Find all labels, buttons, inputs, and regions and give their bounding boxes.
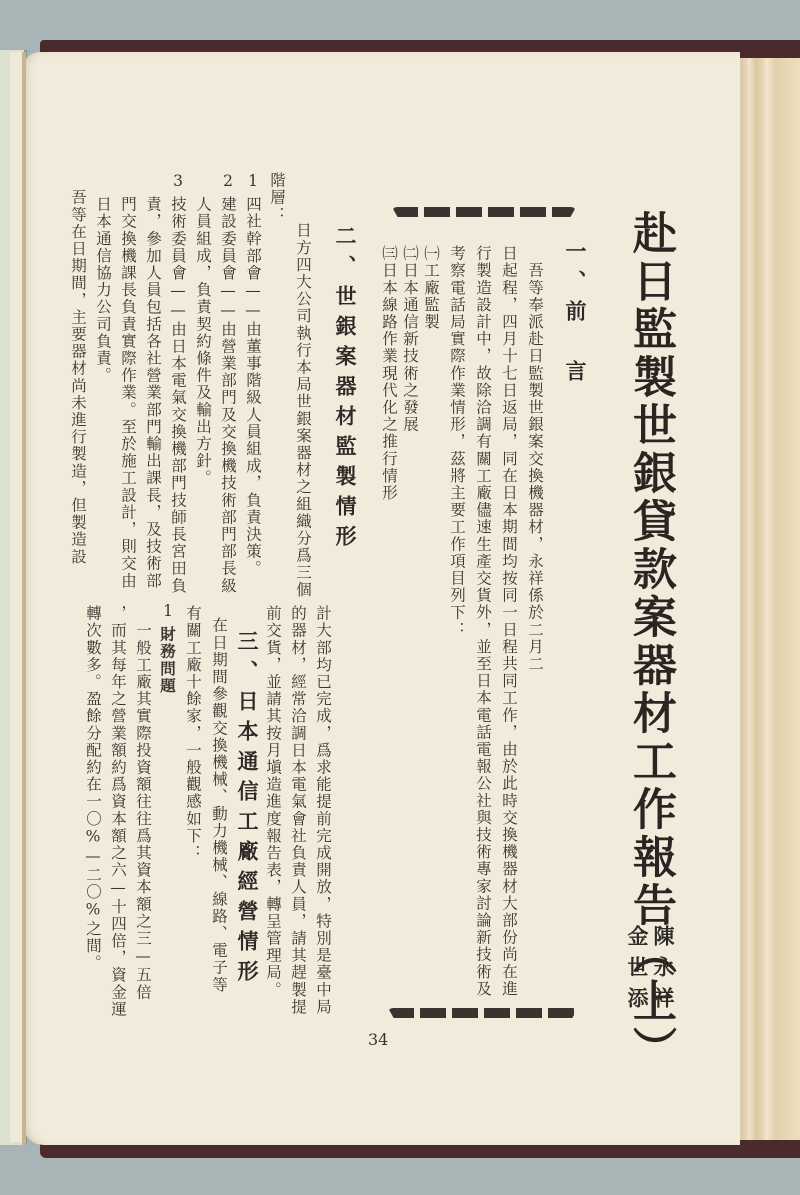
sec3-sub-title: 財務問題 xyxy=(155,626,180,694)
sec2-closing-cont-3: 前交貨，並請其按月塡造進度報告表，轉呈管理局。 xyxy=(260,605,285,998)
sec2-list-3-cont-2: 門交換機課長負責實際作業。至於施工設計，則交由 xyxy=(115,196,140,589)
sec2-closing-cont-1: 計大部均已完成，爲求能提前完成開放，特別是臺中局 xyxy=(310,605,335,1015)
page-number: 34 xyxy=(368,1030,388,1049)
sec2-list-2-cont: 人員組成，負責契約條件及輸出方針。 xyxy=(190,196,215,487)
sec2-list-3: 技術委員會——由日本電氣交換機部門技師長宮田負 xyxy=(165,196,190,594)
sec2-closing-cont-2: 的器材，經常洽調日本電氣會社負責人員，請其趕製提 xyxy=(285,605,310,1015)
section-3-heading: 三、日本通信工廠經營情形 xyxy=(232,630,262,990)
page-stack-edges xyxy=(736,58,800,1140)
author-chen: 陳永祥 xyxy=(648,925,678,1018)
sec1-line-1: 吾等奉派赴日監製世銀案交換機器材，永祥係於二月二 xyxy=(522,245,547,673)
sec2-intro: 日方四大公司執行本局世銀案器材之組織分爲三個 xyxy=(290,205,315,598)
sec1-item-3: ㈢日本線路作業現代化之推行情形 xyxy=(376,245,401,502)
sec2-list-3-cont-3: 日本通信協力公司負責。 xyxy=(90,196,115,384)
sec2-list-1: 四社幹部會——由董事階級人員組成，負責決策。 xyxy=(240,196,265,577)
sec2-list-2: 建設委員會——由營業部門及交換機技術部門部長級 xyxy=(215,196,240,594)
page-gutter xyxy=(22,52,26,1145)
sec3-sub-line-2: ，而其每年之營業額約爲資本額之六—十四倍，資金運 xyxy=(105,605,130,1018)
sec2-list-3-cont-1: 責，參加人員包括各社營業部門輸出課長，及技術部 xyxy=(140,196,165,589)
sec1-line-3: 行製造設計中，故除洽調有關工廠儘速生產交貨外，並至日本電話電報公社與技術專家討論… xyxy=(470,245,495,997)
sec2-closing: 吾等在日期間，主要器材尚未進行製造，但製造設 xyxy=(65,172,90,565)
sec3-intro: 在日期間參觀交換機械、動力機械、線路、電子等 xyxy=(206,600,231,993)
section-2-heading: 二、世銀案器材監製情形 xyxy=(330,225,360,555)
author-jin: 金世添 xyxy=(622,925,652,1018)
ornamental-divider-top xyxy=(392,207,576,217)
sec3-intro-cont: 有關工廠十餘家，一般觀感如下： xyxy=(180,605,205,862)
sec2-intro-cont: 階層： xyxy=(264,172,289,223)
sec3-sub-line-1: 一般工廠其實際投資額往往爲其資本額之三—五倍 xyxy=(130,605,155,1001)
sec3-sub-line-3: 轉次數多。盈餘分配約在一〇%—二〇%之間。 xyxy=(80,605,105,972)
section-1-heading: 一、前 言 xyxy=(560,240,590,390)
ornamental-divider-bottom xyxy=(388,1008,578,1018)
sec1-line-4: 考察電話局實際作業情形，茲將主要工作項目列下： xyxy=(444,245,469,638)
sec1-line-2: 日起程，四月十七日返局，同在日本期間均按同一日程共同工作，由於此時交換機器材大部… xyxy=(496,245,521,997)
